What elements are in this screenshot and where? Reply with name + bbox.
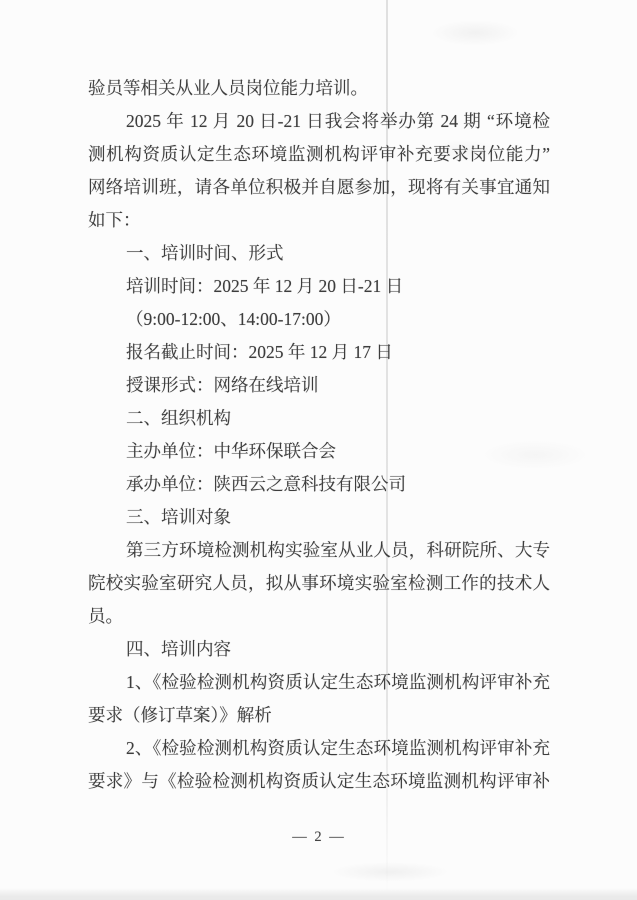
scan-bottom-shadow [0, 888, 637, 900]
scanned-document-page: 验员等相关从业人员岗位能力培训。2025 年 12 月 20 日-21 日我会将… [0, 0, 637, 900]
doc-line: 如下： [88, 204, 550, 237]
doc-line: 授课形式：网络在线培训 [88, 369, 550, 402]
scan-smudge [430, 20, 520, 46]
doc-line: 验员等相关从业人员岗位能力培训。 [88, 72, 550, 105]
doc-line: 第三方环境检测机构实验室从业人员，科研院所、大专 [88, 534, 550, 567]
doc-line: 网络培训班，请各单位积极并自愿参加，现将有关事宜通知 [88, 171, 550, 204]
doc-line: 要求（修订草案）》解析 [88, 699, 550, 732]
doc-line: 三、培训对象 [88, 501, 550, 534]
doc-line: 2025 年 12 月 20 日-21 日我会将举办第 24 期 “环境检 [88, 105, 550, 138]
doc-line: 院校实验室研究人员，拟从事环境实验室检测工作的技术人 [88, 567, 550, 600]
doc-line: 二、组织机构 [88, 402, 550, 435]
doc-line: 承办单位：陕西云之意科技有限公司 [88, 468, 550, 501]
doc-line: 测机构资质认定生态环境监测机构评审补充要求岗位能力” [88, 138, 550, 171]
page-number: — 2 — [88, 829, 550, 846]
doc-line: 员。 [88, 600, 550, 633]
doc-line: 报名截止时间：2025 年 12 月 17 日 [88, 336, 550, 369]
doc-line: 要求》与《检验检测机构资质认定生态环境监测机构评审补 [88, 765, 550, 798]
doc-line: 四、培训内容 [88, 633, 550, 666]
doc-line: 培训时间：2025 年 12 月 20 日-21 日 [88, 270, 550, 303]
doc-line: （9:00-12:00、14:00-17:00） [88, 303, 550, 336]
doc-body: 验员等相关从业人员岗位能力培训。2025 年 12 月 20 日-21 日我会将… [88, 72, 550, 798]
doc-line: 一、培训时间、形式 [88, 237, 550, 270]
doc-line: 2、《检验检测机构资质认定生态环境监测机构评审补充 [88, 732, 550, 765]
doc-line: 1、《检验检测机构资质认定生态环境监测机构评审补充 [88, 666, 550, 699]
doc-line: 主办单位：中华环保联合会 [88, 435, 550, 468]
scan-smudge [330, 862, 450, 882]
